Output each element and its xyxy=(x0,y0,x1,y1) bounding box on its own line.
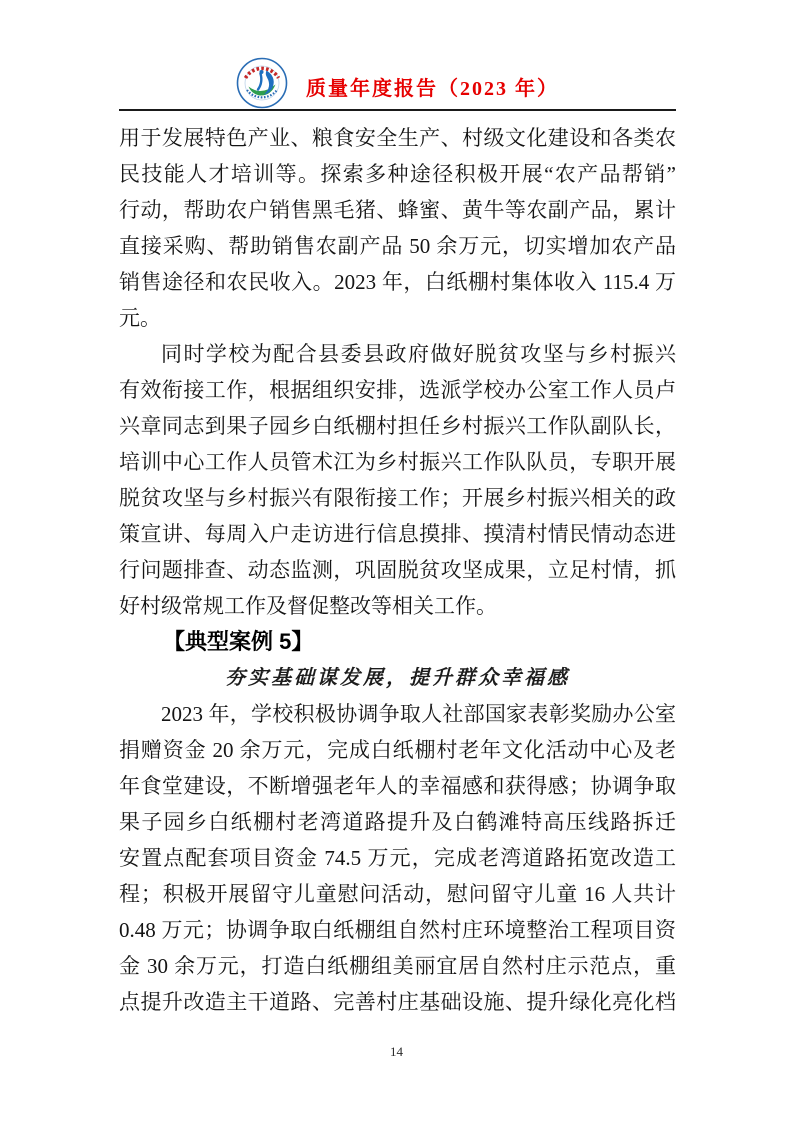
text-line: 行问题排查、动态监测，巩固脱贫攻坚成果，立足村情，抓 xyxy=(119,552,676,588)
text-line: 民技能人才培训等。探索多种途径积极开展“农产品帮销” xyxy=(119,156,676,192)
school-logo-icon xyxy=(236,57,288,109)
text-line: 元。 xyxy=(119,300,676,336)
report-title: 质量年度报告（2023 年） xyxy=(306,72,559,105)
body-text: 用于发展特色产业、粮食安全生产、村级文化建设和各类农 民技能人才培训等。探索多种… xyxy=(119,120,676,1020)
text-line: 金 30 余万元，打造白纸棚组美丽宜居自然村庄示范点，重 xyxy=(119,948,676,984)
text-line: 好村级常规工作及督促整改等相关工作。 xyxy=(119,588,676,624)
case-study-subtitle: 夯实基础谋发展，提升群众幸福感 xyxy=(119,660,676,696)
text-line: 培训中心工作人员管术江为乡村振兴工作队队员，专职开展 xyxy=(119,444,676,480)
case-study-heading: 【典型案例 5】 xyxy=(119,624,676,660)
text-line: 有效衔接工作，根据组织安排，选派学校办公室工作人员卢 xyxy=(119,372,676,408)
text-line: 策宣讲、每周入户走访进行信息摸排、摸清村情民情动态进 xyxy=(119,516,676,552)
text-line: 安置点配套项目资金 74.5 万元，完成老湾道路拓宽改造工 xyxy=(119,840,676,876)
document-page: 质量年度报告（2023 年） 用于发展特色产业、粮食安全生产、村级文化建设和各类… xyxy=(0,0,793,1122)
text-line: 脱贫攻坚与乡村振兴有限衔接工作；开展乡村振兴相关的政 xyxy=(119,480,676,516)
text-line: 2023 年，学校积极协调争取人社部国家表彰奖励办公室 xyxy=(119,696,676,732)
text-line: 直接采购、帮助销售农副产品 50 余万元，切实增加农产品 xyxy=(119,228,676,264)
text-line: 捐赠资金 20 余万元，完成白纸棚村老年文化活动中心及老 xyxy=(119,732,676,768)
text-line: 0.48 万元；协调争取白纸棚组自然村庄环境整治工程项目资 xyxy=(119,912,676,948)
paragraph-2: 同时学校为配合县委县政府做好脱贫攻坚与乡村振兴 有效衔接工作，根据组织安排，选派… xyxy=(119,336,676,624)
text-line: 用于发展特色产业、粮食安全生产、村级文化建设和各类农 xyxy=(119,120,676,156)
paragraph-1: 用于发展特色产业、粮食安全生产、村级文化建设和各类农 民技能人才培训等。探索多种… xyxy=(119,120,676,336)
text-line: 行动，帮助农户销售黑毛猪、蜂蜜、黄牛等农副产品，累计 xyxy=(119,192,676,228)
text-line: 程；积极开展留守儿童慰问活动，慰问留守儿童 16 人共计 xyxy=(119,876,676,912)
text-line: 年食堂建设，不断增强老年人的幸福感和获得感；协调争取 xyxy=(119,768,676,804)
school-emblem-graphic xyxy=(236,57,288,109)
header-divider xyxy=(119,109,676,111)
text-line: 销售途径和农民收入。2023 年，白纸棚村集体收入 115.4 万 xyxy=(119,264,676,300)
paragraph-3: 2023 年，学校积极协调争取人社部国家表彰奖励办公室 捐赠资金 20 余万元，… xyxy=(119,696,676,1020)
page-header: 质量年度报告（2023 年） xyxy=(119,55,676,105)
text-line: 果子园乡白纸棚村老湾道路提升及白鹤滩特高压线路拆迁 xyxy=(119,804,676,840)
text-line: 同时学校为配合县委县政府做好脱贫攻坚与乡村振兴 xyxy=(119,336,676,372)
page-number: 14 xyxy=(0,1044,793,1060)
text-line: 点提升改造主干道路、完善村庄基础设施、提升绿化亮化档 xyxy=(119,984,676,1020)
text-line: 兴章同志到果子园乡白纸棚村担任乡村振兴工作队副队长， xyxy=(119,408,676,444)
page-content: 质量年度报告（2023 年） 用于发展特色产业、粮食安全生产、村级文化建设和各类… xyxy=(0,0,793,1020)
